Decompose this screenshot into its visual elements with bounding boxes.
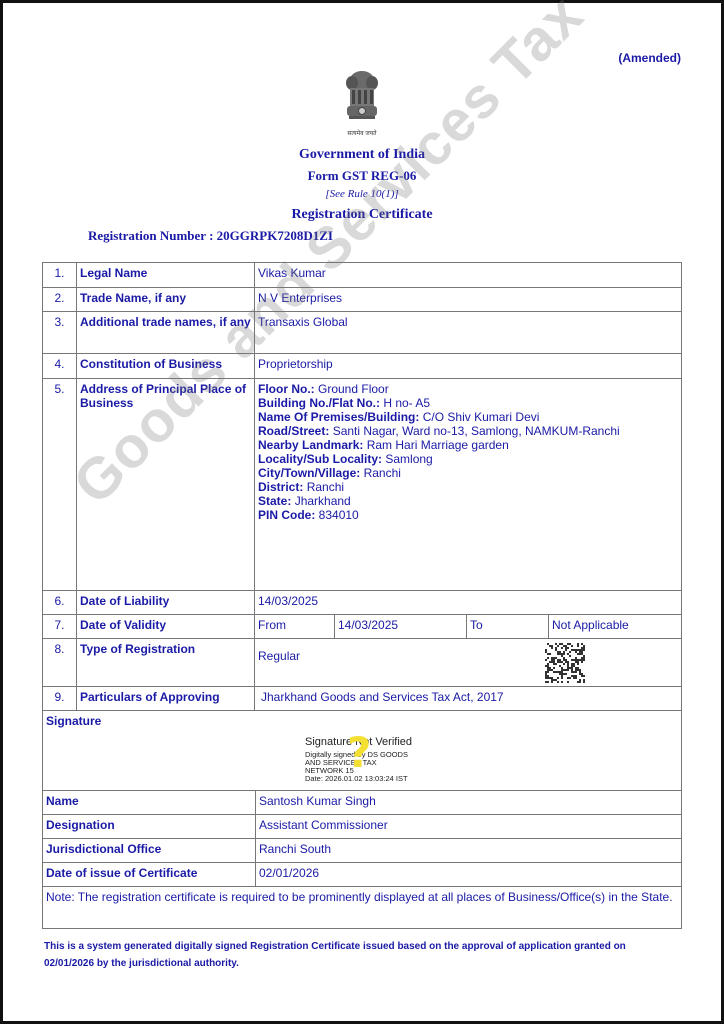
table-row: Name Santosh Kumar Singh <box>43 791 682 815</box>
address-field-value: H no- A5 <box>383 396 430 410</box>
jurisdictional-office-label: Jurisdictional Office <box>43 839 256 863</box>
emblem-motto: सत्यमेव जयते <box>342 129 382 137</box>
registration-number-value: 20GGRPK7208D1ZI <box>217 228 333 243</box>
footer-statement: This is a system generated digitally sig… <box>44 938 674 972</box>
address-value: Floor No.: Ground FloorBuilding No./Flat… <box>255 379 682 591</box>
constitution-label: Constitution of Business <box>77 354 255 379</box>
table-row: 8. Type of Registration Regular <box>43 639 682 687</box>
row-number: 5. <box>43 379 77 591</box>
row-number: 9. <box>43 687 77 711</box>
address-field-value: C/O Shiv Kumari Devi <box>423 410 540 424</box>
date-of-validity-label: Date of Validity <box>77 615 255 639</box>
officer-name-label: Name <box>43 791 256 815</box>
address-line: Road/Street: Santi Nagar, Ward no-13, Sa… <box>258 424 678 438</box>
address-field-label: State: <box>258 494 295 508</box>
address-field-value: Santi Nagar, Ward no-13, Samlong, NAMKUM… <box>333 424 620 438</box>
table-row: Note: The registration certificate is re… <box>43 887 682 929</box>
table-row: Designation Assistant Commissioner <box>43 815 682 839</box>
certificate-details-table: 1. Legal Name Vikas Kumar 2. Trade Name,… <box>42 262 682 791</box>
table-row: 1. Legal Name Vikas Kumar <box>43 263 682 288</box>
particulars-of-approving-value: Jharkhand Goods and Services Tax Act, 20… <box>255 687 682 711</box>
table-row: 2. Trade Name, if any N V Enterprises <box>43 288 682 312</box>
address-line: Nearby Landmark: Ram Hari Marriage garde… <box>258 438 678 452</box>
address-line: District: Ranchi <box>258 480 678 494</box>
validity-from-label: From <box>255 615 335 639</box>
rule-reference: [See Rule 10(1)] <box>0 188 724 200</box>
question-mark-icon: ? <box>347 728 371 777</box>
table-row: 7. Date of Validity From 14/03/2025 To N… <box>43 615 682 639</box>
address-line: State: Jharkhand <box>258 494 678 508</box>
address-field-value: Samlong <box>385 452 432 466</box>
type-of-registration-cell: Regular <box>255 639 682 687</box>
address-field-label: Nearby Landmark: <box>258 438 367 452</box>
registration-number: Registration Number : 20GGRPK7208D1ZI <box>88 228 333 244</box>
address-field-label: District: <box>258 480 307 494</box>
registration-number-label: Registration Number : <box>88 228 213 243</box>
address-line: PIN Code: 834010 <box>258 508 678 522</box>
form-heading: Form GST REG-06 <box>0 168 724 184</box>
address-line: Floor No.: Ground Floor <box>258 382 678 396</box>
type-of-registration-value: Regular <box>258 649 678 663</box>
table-row: 5. Address of Principal Place of Busines… <box>43 379 682 591</box>
address-field-value: Ground Floor <box>318 382 389 396</box>
legal-name-label: Legal Name <box>77 263 255 288</box>
address-field-value: Ranchi <box>364 466 401 480</box>
particulars-of-approving-label: Particulars of Approving <box>77 687 255 711</box>
address-field-label: Building No./Flat No.: <box>258 396 383 410</box>
table-row: Date of issue of Certificate 02/01/2026 <box>43 863 682 887</box>
address-field-label: Locality/Sub Locality: <box>258 452 385 466</box>
type-of-registration-label: Type of Registration <box>77 639 255 687</box>
address-field-label: City/Town/Village: <box>258 466 364 480</box>
date-of-issue-value: 02/01/2026 <box>256 863 682 887</box>
address-field-label: PIN Code: <box>258 508 319 522</box>
signature-label: Signature <box>46 714 101 728</box>
date-of-liability-value: 14/03/2025 <box>255 591 682 615</box>
address-line: City/Town/Village: Ranchi <box>258 466 678 480</box>
officer-name-value: Santosh Kumar Singh <box>256 791 682 815</box>
qr-code-icon <box>545 643 585 683</box>
trade-name-value: N V Enterprises <box>255 288 682 312</box>
row-number: 7. <box>43 615 77 639</box>
certificate-title: Registration Certificate <box>0 207 724 223</box>
table-row: 4. Constitution of Business Proprietorsh… <box>43 354 682 379</box>
address-line: Building No./Flat No.: H no- A5 <box>258 396 678 410</box>
address-field-label: Road/Street: <box>258 424 333 438</box>
amended-label: (Amended) <box>618 51 681 65</box>
additional-trade-names-value: Transaxis Global <box>255 312 682 354</box>
row-number: 4. <box>43 354 77 379</box>
designation-label: Designation <box>43 815 256 839</box>
table-row: 9. Particulars of Approving Jharkhand Go… <box>43 687 682 711</box>
row-number: 2. <box>43 288 77 312</box>
trade-name-label: Trade Name, if any <box>77 288 255 312</box>
constitution-value: Proprietorship <box>255 354 682 379</box>
address-line: Locality/Sub Locality: Samlong <box>258 452 678 466</box>
address-field-value: Jharkhand <box>295 494 351 508</box>
validity-to-label: To <box>467 615 549 639</box>
validity-from-value: 14/03/2025 <box>335 615 467 639</box>
address-field-label: Floor No.: <box>258 382 318 396</box>
table-row: 3. Additional trade names, if any Transa… <box>43 312 682 354</box>
table-row: Jurisdictional Office Ranchi South <box>43 839 682 863</box>
address-field-label: Name Of Premises/Building: <box>258 410 423 424</box>
government-heading: Government of India <box>0 147 724 163</box>
row-number: 3. <box>43 312 77 354</box>
table-row: 6. Date of Liability 14/03/2025 <box>43 591 682 615</box>
jurisdictional-office-value: Ranchi South <box>256 839 682 863</box>
date-of-liability-label: Date of Liability <box>77 591 255 615</box>
address-field-value: Ranchi <box>307 480 344 494</box>
row-number: 1. <box>43 263 77 288</box>
display-note: Note: The registration certificate is re… <box>43 887 682 929</box>
row-number: 6. <box>43 591 77 615</box>
designation-value: Assistant Commissioner <box>256 815 682 839</box>
row-number: 8. <box>43 639 77 687</box>
additional-trade-names-label: Additional trade names, if any <box>77 312 255 354</box>
legal-name-value: Vikas Kumar <box>255 263 682 288</box>
address-field-value: Ram Hari Marriage garden <box>367 438 509 452</box>
date-of-issue-label: Date of issue of Certificate <box>43 863 256 887</box>
digital-signature-block: ? Signature Not Verified Digitally signe… <box>305 736 412 783</box>
officer-details-table: Name Santosh Kumar Singh Designation Ass… <box>42 790 682 929</box>
address-field-value: 834010 <box>319 508 359 522</box>
address-line: Name Of Premises/Building: C/O Shiv Kuma… <box>258 410 678 424</box>
validity-to-value: Not Applicable <box>549 615 682 639</box>
address-lines: Floor No.: Ground FloorBuilding No./Flat… <box>258 382 678 522</box>
address-label: Address of Principal Place of Business <box>77 379 255 591</box>
